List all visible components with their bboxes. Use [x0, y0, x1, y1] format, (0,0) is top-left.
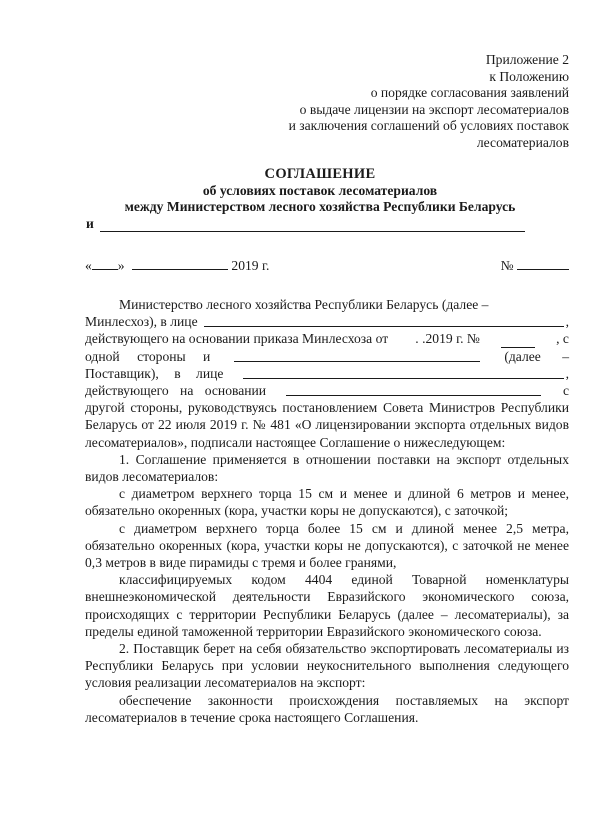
- appendix-line: и заключения соглашений об условиях пост…: [289, 118, 569, 135]
- intro-rest: другой стороны, руководствуясь постановл…: [85, 399, 569, 451]
- clause-1: 1. Соглашение применяется в отношении по…: [85, 451, 569, 485]
- appendix-line: к Положению: [289, 69, 569, 86]
- minleshoz-rep-blank[interactable]: [204, 325, 564, 327]
- supplier-name-blank[interactable]: [234, 360, 480, 362]
- year-label: 2019 г.: [231, 258, 269, 273]
- date-field: «» 2019 г.: [85, 257, 269, 274]
- clause-1-classification: классифицируемых кодом 4404 единой Товар…: [85, 571, 569, 640]
- appendix-header: Приложение 2 к Положению о порядке согла…: [289, 52, 569, 152]
- intro-line-1: Министерство лесного хозяйства Республик…: [85, 296, 569, 313]
- clause-2: 2. Поставщик берет на себя обязательство…: [85, 640, 569, 692]
- title-main: СОГЛАШЕНИЕ: [80, 166, 560, 183]
- intro-line-6: действующего на основаниис: [85, 382, 569, 399]
- clause-1-item-2: с диаметром верхнего торца более 15 см и…: [85, 520, 569, 572]
- title-sub1: об условиях поставок лесоматериалов: [80, 183, 560, 200]
- date-row: «» 2019 г. №: [85, 257, 569, 274]
- number-blank[interactable]: [517, 257, 569, 270]
- order-number-blank[interactable]: [501, 335, 535, 348]
- number-field: №: [501, 257, 569, 274]
- title-sub2: между Министерством лесного хозяйства Ре…: [80, 199, 560, 216]
- month-blank[interactable]: [132, 257, 228, 270]
- intro-line-5: Поставщик), в лице,: [85, 365, 569, 382]
- intro-line-4: одной стороны и(далее –: [85, 348, 569, 365]
- appendix-line: лесоматериалов: [289, 135, 569, 152]
- supplier-basis-blank[interactable]: [286, 394, 541, 396]
- title-and: и: [86, 216, 94, 233]
- document-title: СОГЛАШЕНИЕ об условиях поставок лесомате…: [80, 166, 560, 232]
- clause-1-item-1: с диаметром верхнего торца 15 см и менее…: [85, 485, 569, 519]
- supplier-rep-blank[interactable]: [243, 377, 563, 379]
- clause-2-condition: обеспечение законности происхождения пос…: [85, 692, 569, 726]
- appendix-line: о выдаче лицензии на экспорт лесоматериа…: [289, 102, 569, 119]
- appendix-line: Приложение 2: [289, 52, 569, 69]
- intro-line-3: действующего на основании приказа Минлес…: [85, 330, 569, 347]
- party-name-blank[interactable]: [100, 219, 525, 232]
- appendix-line: о порядке согласования заявлений: [289, 85, 569, 102]
- intro-line-2: Минлесхоз), в лице,: [85, 313, 569, 330]
- day-blank[interactable]: [92, 257, 118, 270]
- title-party-line: и: [80, 216, 560, 233]
- document-body: Министерство лесного хозяйства Республик…: [85, 296, 569, 726]
